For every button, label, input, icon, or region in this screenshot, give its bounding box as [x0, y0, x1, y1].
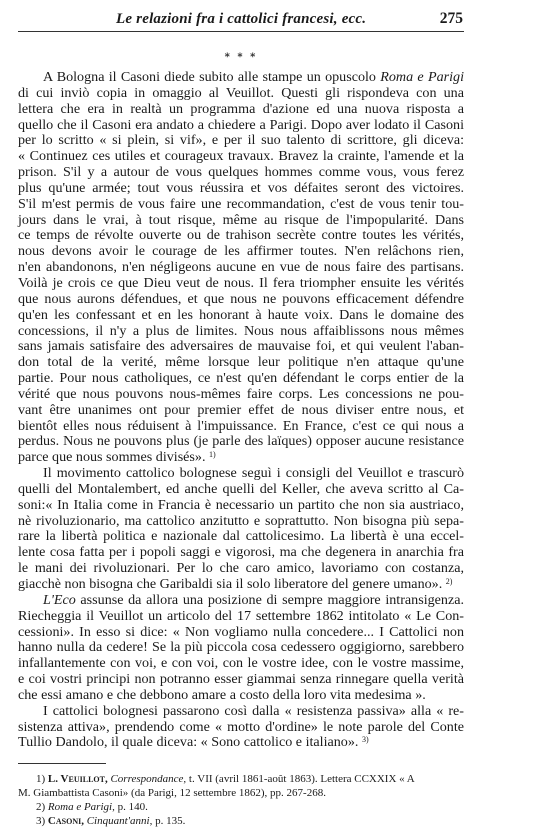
footnotes: 1) L. Veuillot, Correspondance, t. VII (…	[18, 772, 464, 828]
section-break: * * *	[0, 52, 482, 63]
footnote-1-cont: M. Giambattista Casoni» (da Parigi, 12 s…	[18, 786, 464, 800]
text-line: di cui inviò copia in omaggio al Veuillo…	[18, 86, 464, 102]
paragraph: A Bologna il Casoni diede subito alle st…	[18, 70, 464, 466]
text-line: lettera che era in realtà un programma d…	[18, 102, 464, 118]
text-line: I cattolici bolognesi passarono così dal…	[18, 704, 464, 720]
text-line: infallantemente con voi, e con voi, con …	[18, 656, 464, 672]
footnote-1: 1) L. Veuillot, Correspondance, t. VII (…	[18, 772, 464, 786]
page-number: 275	[440, 10, 463, 28]
running-title: Le relazioni fra i cattolici francesi, e…	[116, 11, 366, 28]
text-line: plus qu'une armée; tout vous réussira et…	[18, 181, 464, 197]
text-line: rare la libertà politica e nazionale dal…	[18, 529, 464, 545]
text-line: jours dans le vrai, à tout risque, même …	[18, 213, 464, 229]
text-line: nè rivoluzionario, ma cattolico anzitutt…	[18, 514, 464, 530]
text-line: sans jamais satisfaire des adversaires d…	[18, 339, 464, 355]
text-line: que nous aurons défendues, et que nous n…	[18, 292, 464, 308]
footnote-3: 3) Casoni, Cinquant'anni, p. 135.	[18, 814, 464, 828]
text-line: L'Eco assunse da allora una posizione di…	[18, 593, 464, 609]
text-line: sistenza attiva», prendendo come « motto…	[18, 720, 464, 736]
text-line: S'il m'est permis de vous faire une reco…	[18, 197, 464, 213]
text-line: vant être unanimes ont pour premier effe…	[18, 403, 464, 419]
header-rule	[18, 31, 464, 32]
text-line: Voilà je crois ce que Dieu veut de nous.…	[18, 276, 464, 292]
text-line: perdus. Nous ne pouvons plus (je parle d…	[18, 434, 464, 450]
text-line: concessions, il n'y a plus de limites. N…	[18, 324, 464, 340]
text-line: soni:« In Italia come in Francia è neces…	[18, 498, 464, 514]
text-line: Tullio Dandolo, il quale diceva: « Sono …	[18, 735, 464, 751]
text-line: giacchè non bisogna che Garibaldi sia il…	[18, 577, 464, 593]
footnote-rule	[18, 763, 106, 764]
text-line: vérité que nous pouvons nous-mêmes faire…	[18, 387, 464, 403]
paragraph: Il movimento cattolico bolognese seguì i…	[18, 466, 464, 593]
body-text: A Bologna il Casoni diede subito alle st…	[18, 70, 464, 751]
text-line: qu'en les confessant et en les honorant …	[18, 308, 464, 324]
text-line: n'en abandonons, n'en négligeons aucune …	[18, 260, 464, 276]
text-line: per lo scritto « si plein, si vif», e pe…	[18, 133, 464, 149]
text-line: don total de la verité, même lorsque leu…	[18, 355, 464, 371]
text-line: quello che il Casoni era andato a chiede…	[18, 118, 464, 134]
text-line: A Bologna il Casoni diede subito alle st…	[18, 70, 464, 86]
text-line: ce temps de révolte ouverte ou de trahis…	[18, 228, 464, 244]
footnote-2: 2) Roma e Parigi, p. 140.	[18, 800, 464, 814]
paragraph: I cattolici bolognesi passarono così dal…	[18, 704, 464, 752]
text-line: partie. Pour nous catholiques, ce n'est …	[18, 371, 464, 387]
text-line: bientôt elles nous réduisent à l'impuiss…	[18, 419, 464, 435]
text-line: quelli del Montalembert, ed anche quelli…	[18, 482, 464, 498]
text-line: parce que nous sommes divisés». 1)	[18, 450, 464, 466]
text-line: cessioni». In esso si dice: « Non voglia…	[18, 625, 464, 641]
page-header: Le relazioni fra i cattolici francesi, e…	[18, 6, 463, 30]
text-line: nous devons avoir le courage de les affi…	[18, 244, 464, 260]
text-line: prison. S'il y a autour de vous quelques…	[18, 165, 464, 181]
text-line: le mani dei rivoluzionari. Per lo che ca…	[18, 561, 464, 577]
text-line: e coi vostri principi non potranno esser…	[18, 672, 464, 688]
text-line: hanno nulla da cedere! Se la più piccola…	[18, 640, 464, 656]
text-line: lente cosa fatta per i popoli saggi e vi…	[18, 545, 464, 561]
text-line: Riecheggia il Veuillot un articolo del 1…	[18, 609, 464, 625]
text-line: « Continuez ces utiles et courageux trav…	[18, 149, 464, 165]
paragraph: L'Eco assunse da allora una posizione di…	[18, 593, 464, 704]
text-line: Il movimento cattolico bolognese seguì i…	[18, 466, 464, 482]
text-line: che essi amano e che debbono amare a cos…	[18, 688, 464, 704]
